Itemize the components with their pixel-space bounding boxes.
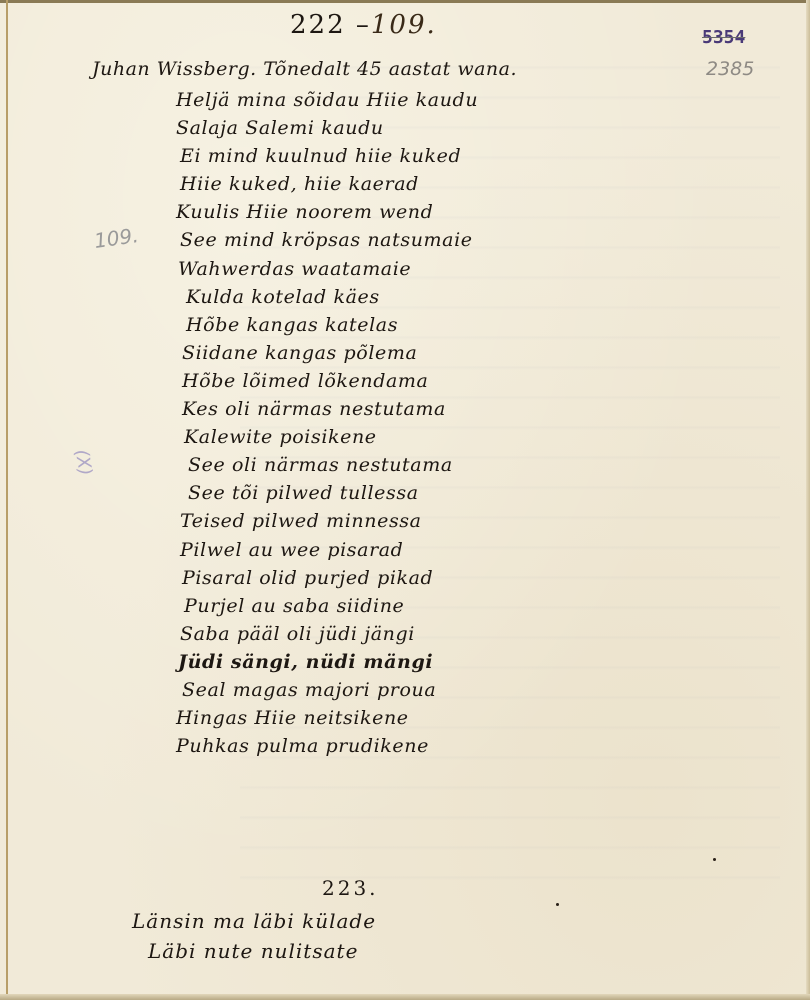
page-number-suffix: 109. [371, 10, 437, 40]
verse-line: Länsin ma läbi külade [132, 906, 376, 936]
verse-line: Salaja Salemi kaudu [176, 114, 478, 142]
page-right-edge [806, 0, 810, 1000]
margin-note: (X) [71, 448, 96, 478]
archive-stamp: 5354 [702, 27, 745, 48]
page-number: 222 –109. [290, 10, 437, 40]
verse-line: Heljä mina sõidau Hiie kaudu [176, 86, 478, 114]
verse-line: Hõbe lõimed lõkendama [176, 367, 478, 395]
singer-heading: Juhan Wissberg. Tõnedalt 45 aastat wana. [92, 58, 517, 80]
verse-line: Pilwel au wee pisarad [176, 536, 478, 564]
verse-line: Teised pilwed minnessa [176, 507, 478, 535]
verse-line: Läbi nute nulitsate [132, 936, 376, 966]
verse-line: Wahwerdas waatamaie [176, 255, 478, 283]
verse-line: See tõi pilwed tullessa [176, 479, 478, 507]
verse-line: Hingas Hiie neitsikene [176, 704, 478, 732]
verse-line: Hõbe kangas katelas [176, 311, 478, 339]
song-2-verse-lines: Länsin ma läbi külade Läbi nute nulitsat… [132, 906, 376, 966]
ink-speck [556, 903, 559, 906]
verse-line: Ei mind kuulnud hiie kuked [176, 142, 478, 170]
verse-line: Kalewite poisikene [176, 423, 478, 451]
margin-note: 109. [93, 223, 140, 253]
verse-line: Pisaral olid purjed pikad [176, 564, 478, 592]
verse-line: Kes oli närmas nestutama [176, 395, 478, 423]
ink-speck [713, 858, 716, 861]
verse-line: Saba pääl oli jüdi jängi [176, 620, 478, 648]
song-number: 223. [322, 876, 379, 900]
page-number-main: 222 – [290, 10, 371, 40]
verse-line: Hiie kuked, hiie kaerad [176, 170, 478, 198]
song-verse-lines: Heljä mina sõidau Hiie kaudu Salaja Sale… [176, 86, 478, 760]
pencil-number: 2385 [706, 58, 754, 80]
verse-line: Seal magas majori proua [176, 676, 478, 704]
verse-line: Kuulis Hiie noorem wend [176, 198, 478, 226]
verse-line: See mind kröpsas natsumaie [176, 226, 478, 254]
verse-line: Purjel au saba siidine [176, 592, 478, 620]
verse-line: Siidane kangas põlema [176, 339, 478, 367]
verse-line: See oli närmas nestutama [176, 451, 478, 479]
verse-line: Jüdi sängi, nüdi mängi [176, 648, 478, 676]
page-bottom-edge [0, 994, 810, 1000]
page-binding-line [6, 0, 8, 1000]
manuscript-page: 222 –109. 5354 2385 109. (X) Juhan Wissb… [0, 0, 810, 1000]
page-top-edge [0, 0, 810, 3]
verse-line: Puhkas pulma prudikene [176, 732, 478, 760]
verse-line: Kulda kotelad käes [176, 283, 478, 311]
